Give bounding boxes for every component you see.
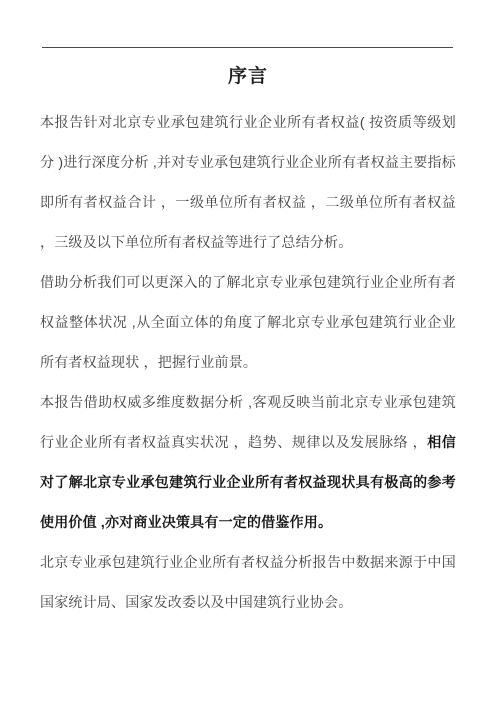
paragraph-1: 本报告针对北京专业承包建筑行业企业所有者权益( 按资质等级划分 )进行深度分析 … (40, 102, 456, 262)
paragraph-3-text: 本报告借助权威多维度数据分析 ,客观反映当前北京专业承包建筑行业企业所有者权益真… (40, 394, 456, 450)
paragraph-2-text: 借助分析我们可以更深入的了解北京专业承包建筑行业企业所有者权益整体状况 ,从全面… (40, 274, 456, 370)
paragraph-1-text: 本报告针对北京专业承包建筑行业企业所有者权益( 按资质等级划分 )进行深度分析 … (40, 114, 456, 250)
paragraph-2: 借助分析我们可以更深入的了解北京专业承包建筑行业企业所有者权益整体状况 ,从全面… (40, 262, 456, 382)
page-title: 序言 (0, 64, 496, 90)
document-body: 本报告针对北京专业承包建筑行业企业所有者权益( 按资质等级划分 )进行深度分析 … (40, 102, 456, 622)
paragraph-4: 北京专业承包建筑行业企业所有者权益分析报告中数据来源于中国国家统计局、国家发改委… (40, 542, 456, 622)
header-rule (42, 47, 453, 48)
paragraph-4-text: 北京专业承包建筑行业企业所有者权益分析报告中数据来源于中国国家统计局、国家发改委… (40, 554, 456, 610)
document-page: 序言 本报告针对北京专业承包建筑行业企业所有者权益( 按资质等级划分 )进行深度… (0, 0, 496, 701)
paragraph-3: 本报告借助权威多维度数据分析 ,客观反映当前北京专业承包建筑行业企业所有者权益真… (40, 382, 456, 542)
